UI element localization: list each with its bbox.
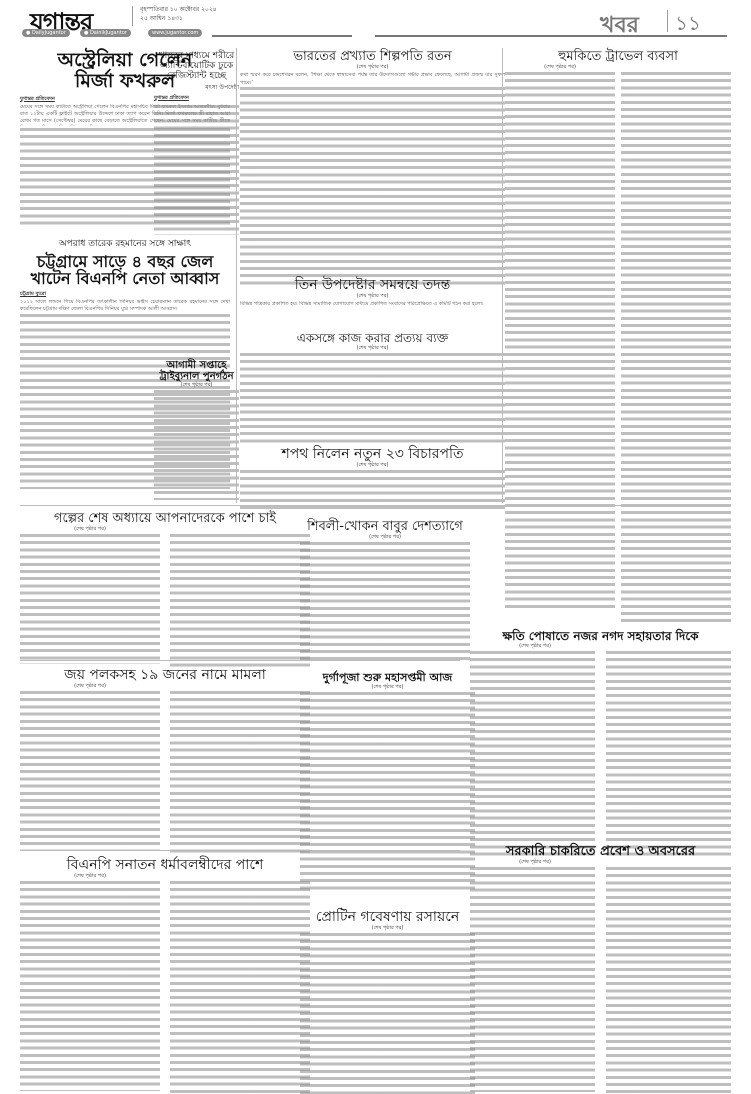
article-text-block <box>240 87 505 287</box>
article-text-block <box>170 691 310 856</box>
masthead-date: বৃহস্পতিবার ১০ অক্টোবর ২০২৪ ২৫ আশ্বিন ১৪… <box>140 5 217 23</box>
article-cash: ক্ষতি পোষাতে নজর নগদ সহায়তার দিকে (শেষ … <box>470 630 731 856</box>
continued-label: (শেষ পৃষ্ঠার পর) <box>470 859 600 867</box>
article-tribunal: আগামী সপ্তাহে ট্রাইব্যুনাল পুনর্গঠন (শেষ… <box>154 360 239 500</box>
continued-label: (শেষ পৃষ্ঠার পর) <box>505 64 615 72</box>
article-text-block <box>154 390 239 500</box>
section-divider <box>20 850 460 851</box>
article-travel: হুমকিতে ট্রাভেল ব্যবসা (শেষ পৃষ্ঠার পর) <box>505 50 731 622</box>
article-body: ২০১২ সালে লন্ডনে গিয়ে বিএনপির তৎকালীন স… <box>20 299 230 314</box>
headline: চট্টগ্রামে সাড়ে ৪ বছর জেল <box>20 253 230 271</box>
article-joy: জয় পলকসহ ১৯ জনের নামে মামলা (শেষ পৃষ্ঠা… <box>20 668 310 856</box>
continued-label: (শেষ পৃষ্ঠার পর) <box>20 873 160 881</box>
social-facebook[interactable]: ● DainikJugantor <box>80 29 131 37</box>
article-text-block <box>154 105 239 235</box>
article-text-block <box>470 651 595 856</box>
column-divider <box>502 48 503 503</box>
byline: চট্টগ্রাম ব্যুরো <box>20 291 230 299</box>
article-text-block <box>470 867 595 1092</box>
article-sanatan: বিএনপি সনাতন ধর্মাবলম্বীদের পাশে (শেষ পৃ… <box>20 858 310 1094</box>
article-shibli: শিবলী-খোকন বাবুর দেশত্যাগে (শেষ পৃষ্ঠার … <box>300 520 470 662</box>
continued-label: (শেষ পৃষ্ঠার পর) <box>470 643 600 651</box>
article-text-block <box>300 933 475 1094</box>
byline: যুগান্তর প্রতিবেদন <box>154 95 239 103</box>
headline: ভারতের প্রখ্যাত শিল্পপতি রতন <box>240 50 505 64</box>
column-divider <box>236 48 237 503</box>
article-text-block <box>20 691 160 851</box>
article-together: একসঙ্গে কাজ করার প্রত্যয় ব্যক্ত (শেষ পৃ… <box>240 332 505 445</box>
subhead: মৎস্য উপদেষ্টা <box>154 82 239 93</box>
headline: দুর্গাপূজা শুরু মহাসপ্তমী আজ <box>300 672 475 684</box>
masthead-divider <box>132 6 133 26</box>
article-text-block <box>621 72 731 622</box>
article-ratan: ভারতের প্রখ্যাত শিল্পপতি রতন (শেষ পৃষ্ঠা… <box>240 50 505 287</box>
article-text-block <box>300 542 470 662</box>
headline: ক্ষতি পোষাতে নজর নগদ সহায়তার দিকে <box>470 630 731 643</box>
kicker: অপরাধ তারেক রহমানের সঙ্গে সাক্ষাৎ <box>20 240 230 250</box>
article-text-block <box>240 353 505 445</box>
article-text-block <box>606 867 731 1094</box>
headline: তিন উপদেষ্টার সমন্বয়ে তদন্ত <box>240 278 505 293</box>
header-rule <box>212 35 352 37</box>
page-number: ১১ <box>675 9 701 42</box>
continued-label: (শেষ পৃষ্ঠার পর) <box>300 925 475 933</box>
social-twitter[interactable]: ● DailyJugantor <box>22 29 70 37</box>
article-text-block <box>20 881 160 1091</box>
continued-label: (শেষ পৃষ্ঠার পর) <box>300 534 470 542</box>
article-protein: প্রোটিন গবেষণায় রসায়নে (শেষ পৃষ্ঠার পর… <box>300 910 475 1094</box>
headline: জয় পলকসহ ১৯ জনের নামে মামলা <box>20 668 310 683</box>
article-text-block <box>170 534 310 669</box>
continued-label: (শেষ পৃষ্ঠার পর) <box>240 345 505 353</box>
headline: রেজিস্ট্যান্ট হচ্ছে <box>154 72 239 82</box>
article-text-block <box>170 881 310 1094</box>
headline: সরকারি চাকরিতে প্রবেশ ও অবসরের <box>470 845 731 859</box>
article-durga: দুর্গাপূজা শুরু মহাসপ্তমী আজ (শেষ পৃষ্ঠা… <box>300 672 475 892</box>
social-website[interactable]: www.jugantor.com <box>148 29 202 37</box>
headline: আগামী সপ্তাহে <box>154 360 239 371</box>
headline: ট্রাইব্যুনাল পুনর্গঠন <box>154 371 239 382</box>
continued-label: (শেষ পৃষ্ঠার পর) <box>240 293 505 301</box>
article-text-block <box>606 651 731 856</box>
section-divider <box>20 660 460 661</box>
article-text-block <box>300 692 475 892</box>
article-govjob: সরকারি চাকরিতে প্রবেশ ও অবসরের (শেষ পৃষ্… <box>470 845 731 1094</box>
article-body: বিভিন্ন পত্রিকায় প্রকাশিত হয়। বিভিন্ন … <box>240 301 505 323</box>
headline: বিএনপি সনাতন ধর্মাবলম্বীদের পাশে <box>20 858 310 873</box>
article-antibiotic: খাদ্যের মাধ্যমে শরীরে অ্যান্টিবায়োটিক ঢ… <box>154 52 239 235</box>
continued-label: (শেষ পৃষ্ঠার পর) <box>20 683 160 691</box>
continued-label: (শেষ পৃষ্ঠার পর) <box>154 382 239 390</box>
article-advisors: তিন উপদেষ্টার সমন্বয়ে তদন্ত (শেষ পৃষ্ঠা… <box>240 278 505 323</box>
section-title: খবর <box>600 8 639 45</box>
section-divider <box>667 10 668 32</box>
article-text-block <box>20 534 160 664</box>
continued-label: (শেষ পৃষ্ঠার পর) <box>300 684 475 692</box>
newspaper-logo: যুগান্তর <box>30 4 92 44</box>
date-gregorian: বৃহস্পতিবার ১০ অক্টোবর ২০২৪ <box>140 5 217 14</box>
section-divider <box>20 505 731 506</box>
headline: হুমকিতে ট্রাভেল ব্যবসা <box>505 50 731 64</box>
date-bangla: ২৫ আশ্বিন ১৪৩১ <box>140 14 217 23</box>
headline: শিবলী-খোকন বাবুর দেশত্যাগে <box>300 520 470 534</box>
headline: একসঙ্গে কাজ করার প্রত্যয় ব্যক্ত <box>240 332 505 345</box>
continued-label: (শেষ পৃষ্ঠার পর) <box>240 64 505 72</box>
article-judges: শপথ নিলেন নতুন ২৩ বিচারপতি (শেষ পৃষ্ঠার … <box>240 447 505 510</box>
continued-label: (শেষ পৃষ্ঠার পর) <box>20 526 160 534</box>
article-body: কথা স্মরণ করে চন্দ্রশেখরন বলেন, ‘শিক্ষা … <box>240 72 505 87</box>
article-text-block <box>505 72 615 612</box>
headline: প্রোটিন গবেষণায় রসায়নে <box>300 910 475 925</box>
headline: গল্পের শেষ অধ্যায়ে আপনাদেরকে পাশে চাই <box>20 512 310 526</box>
continued-label: (শেষ পৃষ্ঠার পর) <box>240 462 505 470</box>
article-story-end: গল্পের শেষ অধ্যায়ে আপনাদেরকে পাশে চাই (… <box>20 512 310 669</box>
headline: শপথ নিলেন নতুন ২৩ বিচারপতি <box>240 447 505 462</box>
headline: খাটেন বিএনপি নেতা আব্বাস <box>20 270 230 288</box>
